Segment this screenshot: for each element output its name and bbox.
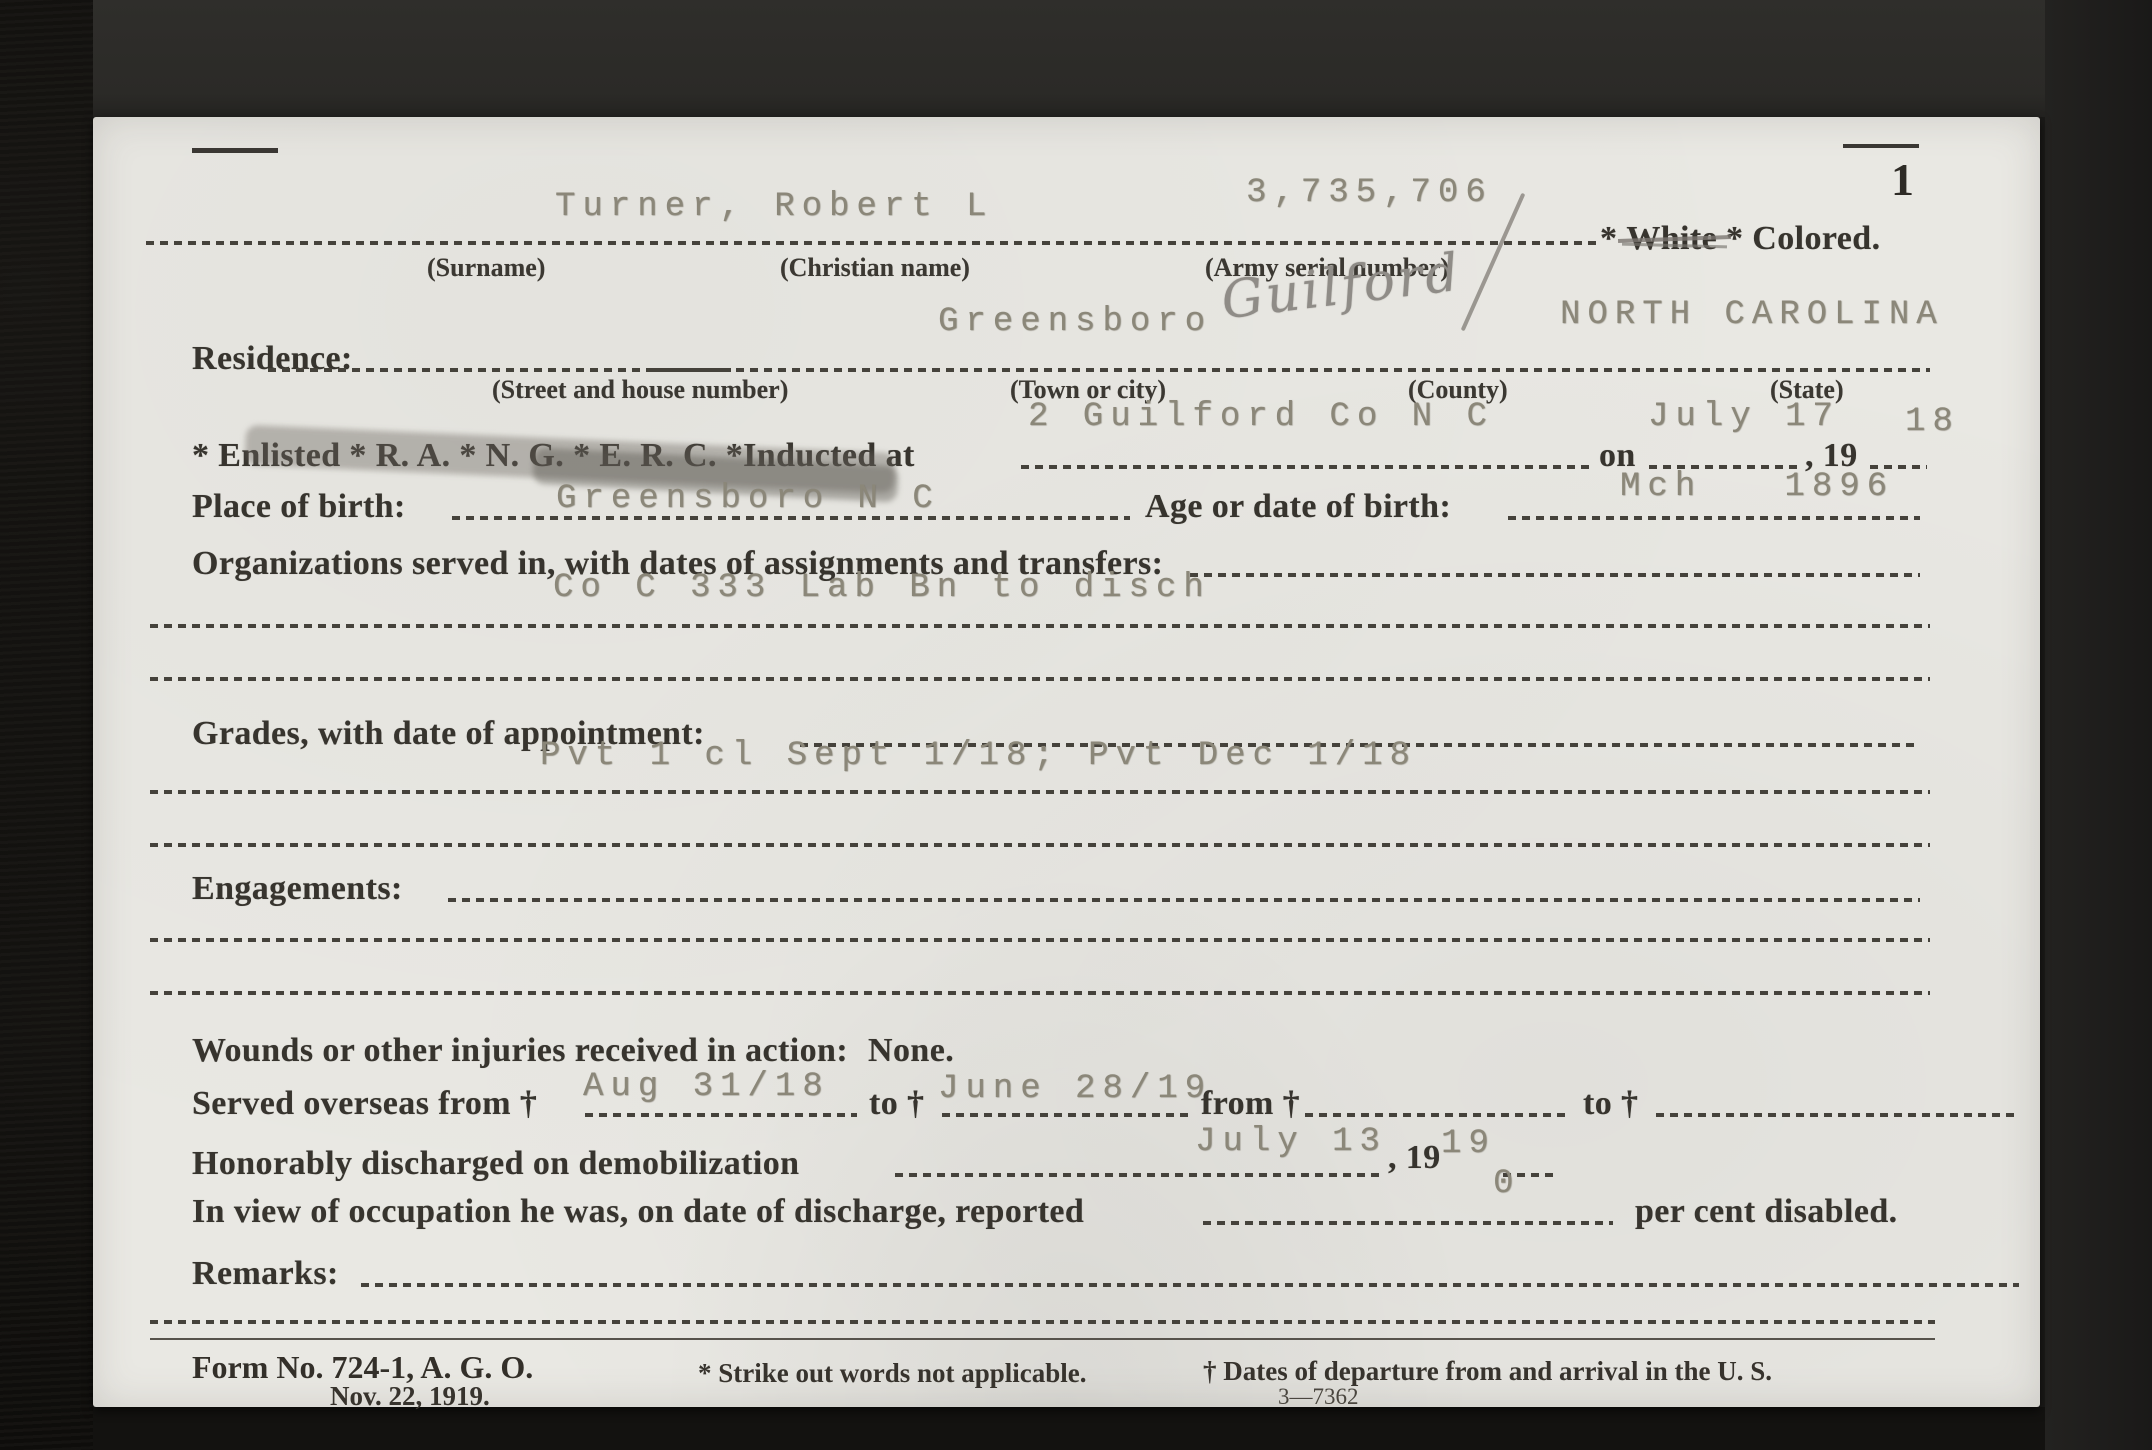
race-white-struck: White bbox=[1626, 220, 1717, 258]
remarks-rule bbox=[361, 1283, 2019, 1287]
pencil-flourish bbox=[1461, 193, 1526, 332]
overseas-to1-value: June 28/19 bbox=[938, 1070, 1212, 1108]
print-code: 3—7362 bbox=[1278, 1384, 1359, 1410]
page-number-overline bbox=[1843, 144, 1919, 148]
inducted-year-value: 18 bbox=[1905, 403, 1960, 441]
birth-date-value: Mch 1896 bbox=[1620, 468, 1894, 506]
blank-rule bbox=[150, 624, 1930, 628]
overseas-to1-rule bbox=[942, 1113, 1194, 1117]
page-number: 1 bbox=[1891, 153, 1914, 206]
overseas-from2-rule bbox=[1305, 1113, 1567, 1117]
birth-place-value: Greensboro N C bbox=[556, 480, 940, 518]
percent-disabled-value: 0 bbox=[1493, 1165, 1520, 1203]
residence-town-rule bbox=[652, 368, 1930, 372]
overseas-to2-rule bbox=[1656, 1113, 2016, 1117]
race-selection: * White * Colored. bbox=[1600, 220, 1880, 258]
discharge-label: Honorably discharged on demobilization bbox=[192, 1145, 799, 1183]
inducted-date-value: July 17 bbox=[1648, 398, 1840, 436]
wounds-value: None. bbox=[868, 1032, 954, 1069]
name-row-rule bbox=[146, 241, 1597, 245]
christian-name-label: (Christian name) bbox=[780, 253, 970, 283]
blank-rule bbox=[150, 790, 1930, 794]
disability-suffix: per cent disabled. bbox=[1635, 1193, 1898, 1231]
overseas-from1-rule bbox=[585, 1113, 857, 1117]
scanner-background-right bbox=[2045, 0, 2152, 1450]
blank-rule bbox=[150, 938, 1930, 942]
blank-rule bbox=[150, 991, 1930, 995]
blank-rule bbox=[150, 677, 1930, 681]
organizations-rule bbox=[1190, 573, 1920, 577]
surname-christian-value: Turner, Robert L bbox=[555, 188, 993, 226]
scanner-background-bottom bbox=[93, 1407, 2045, 1450]
blank-rule bbox=[150, 1320, 1935, 1324]
discharge-date-value: July 13 bbox=[1195, 1123, 1387, 1161]
scanner-film-edge bbox=[0, 0, 93, 1450]
disability-label: In view of occupation he was, on date of… bbox=[192, 1193, 1084, 1231]
grades-value: Pvt 1 cl Sept 1/18; Pvt Dec 1/18 bbox=[540, 737, 1417, 775]
discharge-year-value: 19 bbox=[1441, 1125, 1496, 1163]
surname-label: (Surname) bbox=[427, 253, 545, 283]
remarks-label: Remarks: bbox=[192, 1255, 339, 1293]
scanned-page: 1 Turner, Robert L 3,735,706 * White * C… bbox=[0, 0, 2152, 1450]
discharge-date-rule bbox=[895, 1173, 1383, 1177]
inducted-place-value: 2 Guilford Co N C bbox=[1028, 398, 1494, 436]
army-serial-value: 3,735,706 bbox=[1246, 174, 1493, 212]
overseas-to1-label: to † bbox=[869, 1085, 924, 1123]
engagements-label: Engagements: bbox=[192, 870, 403, 908]
disability-rule bbox=[1203, 1221, 1613, 1225]
overseas-from2-label: from † bbox=[1201, 1085, 1300, 1123]
birth-place-rule bbox=[452, 516, 1130, 520]
birth-place-label: Place of birth: bbox=[192, 488, 406, 526]
wounds-row: Wounds or other injuries received in act… bbox=[192, 1032, 954, 1070]
engagements-rule bbox=[448, 898, 1920, 902]
birth-date-label: Age or date of birth: bbox=[1145, 488, 1451, 526]
blank-rule bbox=[150, 843, 1930, 847]
street-label: (Street and house number) bbox=[492, 375, 788, 405]
birth-date-rule bbox=[1508, 516, 1920, 520]
strike-out-note: * Strike out words not applicable. bbox=[698, 1358, 1087, 1389]
scanner-background-top bbox=[93, 0, 2045, 117]
overseas-label: Served overseas from † bbox=[192, 1085, 537, 1123]
inducted-place-rule bbox=[1021, 465, 1593, 469]
discharge-year-prefix: , 19 bbox=[1388, 1139, 1441, 1177]
service-record-card: 1 Turner, Robert L 3,735,706 * White * C… bbox=[93, 117, 2040, 1407]
dagger-note: † Dates of departure from and arrival in… bbox=[1203, 1356, 1772, 1387]
form-date: Nov. 22, 1919. bbox=[330, 1381, 490, 1412]
residence-label: Residence: bbox=[192, 340, 353, 378]
overseas-to2-label: to † bbox=[1583, 1085, 1638, 1123]
residence-town-value: Greensboro bbox=[938, 303, 1212, 341]
pen-mark bbox=[192, 148, 278, 153]
state-stamp: NORTH CAROLINA bbox=[1560, 296, 1944, 334]
overseas-from1-value: Aug 31/18 bbox=[583, 1068, 830, 1106]
organizations-value: Co C 333 Lab Bn to disch bbox=[553, 569, 1211, 607]
race-colored: * Colored. bbox=[1717, 220, 1880, 257]
wounds-label: Wounds or other injuries received in act… bbox=[192, 1032, 848, 1069]
footer-separator-line bbox=[150, 1338, 1935, 1340]
